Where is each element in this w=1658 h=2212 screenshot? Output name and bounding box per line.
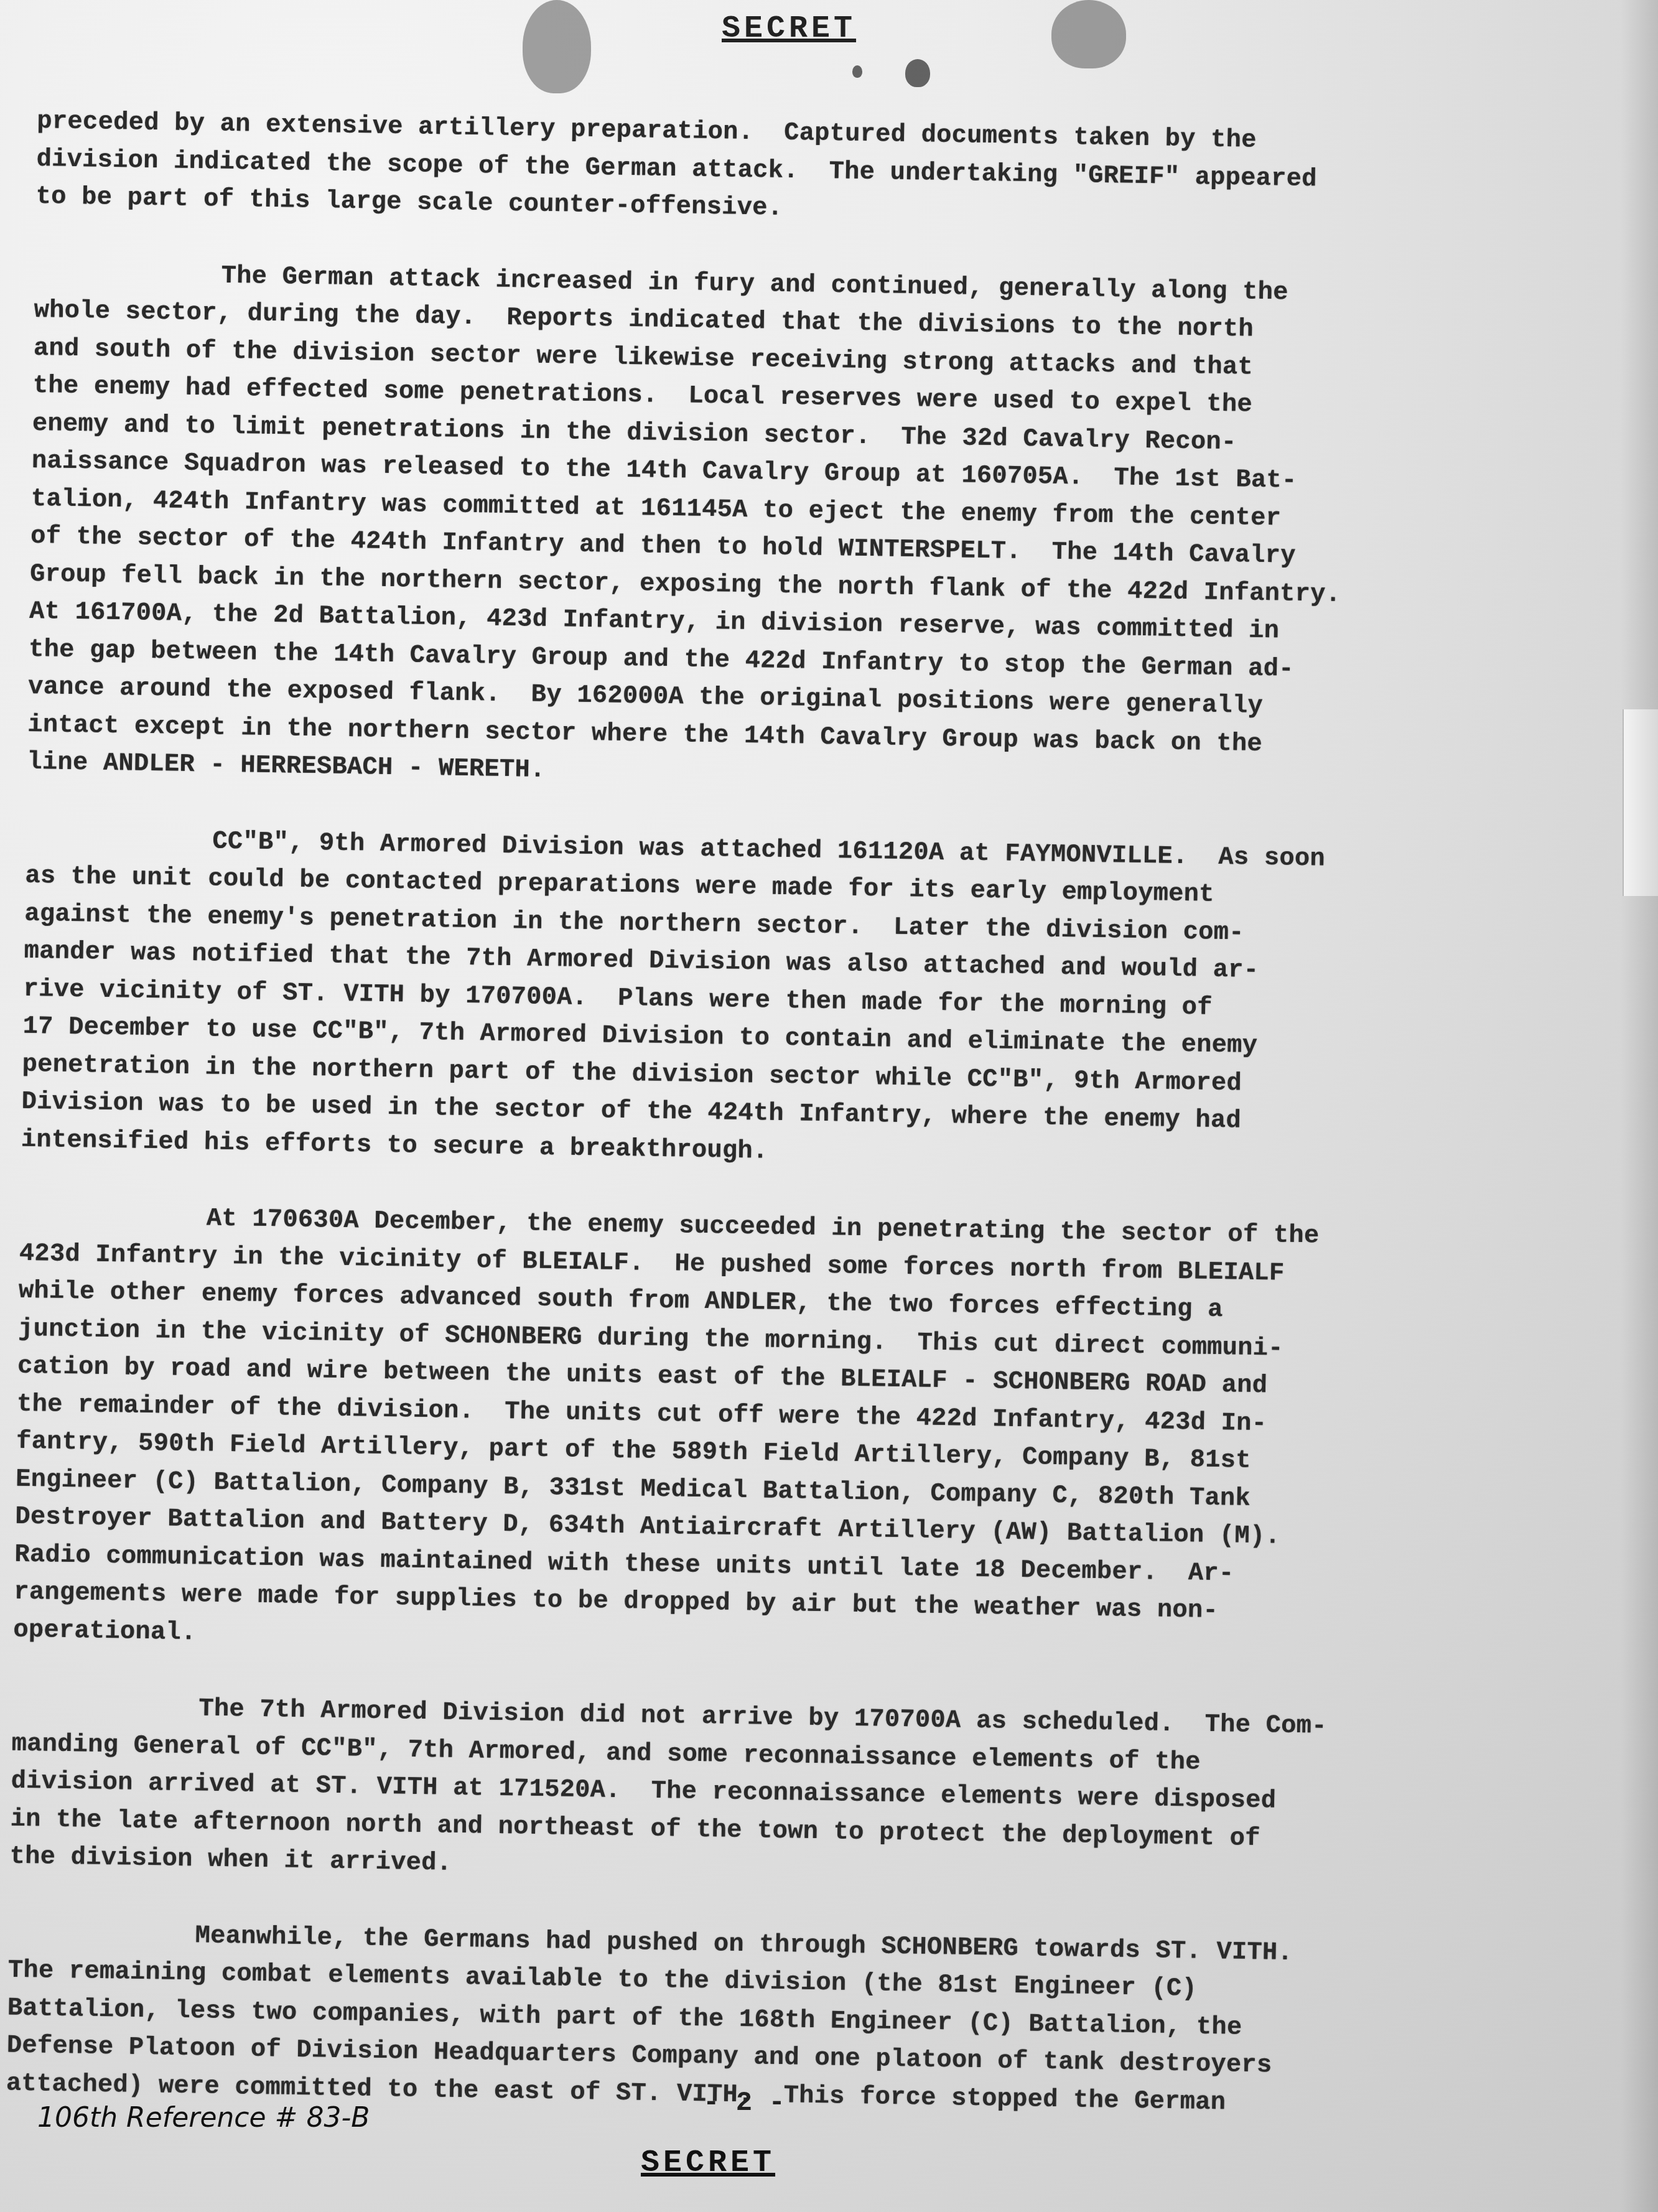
paragraph: Meanwhile, the Germans had pushed on thr… [6,1914,1601,2127]
stain-mark [852,65,862,78]
paper-edge-tab [1623,709,1658,896]
document-body: preceded by an extensive artillery prepa… [6,103,1630,2166]
paragraph: CC"B", 9th Armored Division was attached… [21,819,1618,1183]
paragraph: The 7th Armored Division did not arrive … [9,1687,1604,1901]
paragraph: The German attack increased in fury and … [27,254,1628,806]
stain-mark [1051,0,1126,68]
scanned-document-page: SECRET preceded by an extensive artiller… [0,0,1658,2212]
footer-classification: SECRET [641,2145,775,2181]
paragraph: preceded by an extensive artillery prepa… [35,103,1630,241]
stain-mark [523,0,591,93]
reference-label: 106th Reference # 83-B [37,2102,370,2134]
stain-mark [905,59,930,87]
page-number: - 2 - [703,2088,785,2119]
header-classification: SECRET [722,11,856,47]
paragraph: At 170630A December, the enemy succeeded… [13,1197,1613,1674]
